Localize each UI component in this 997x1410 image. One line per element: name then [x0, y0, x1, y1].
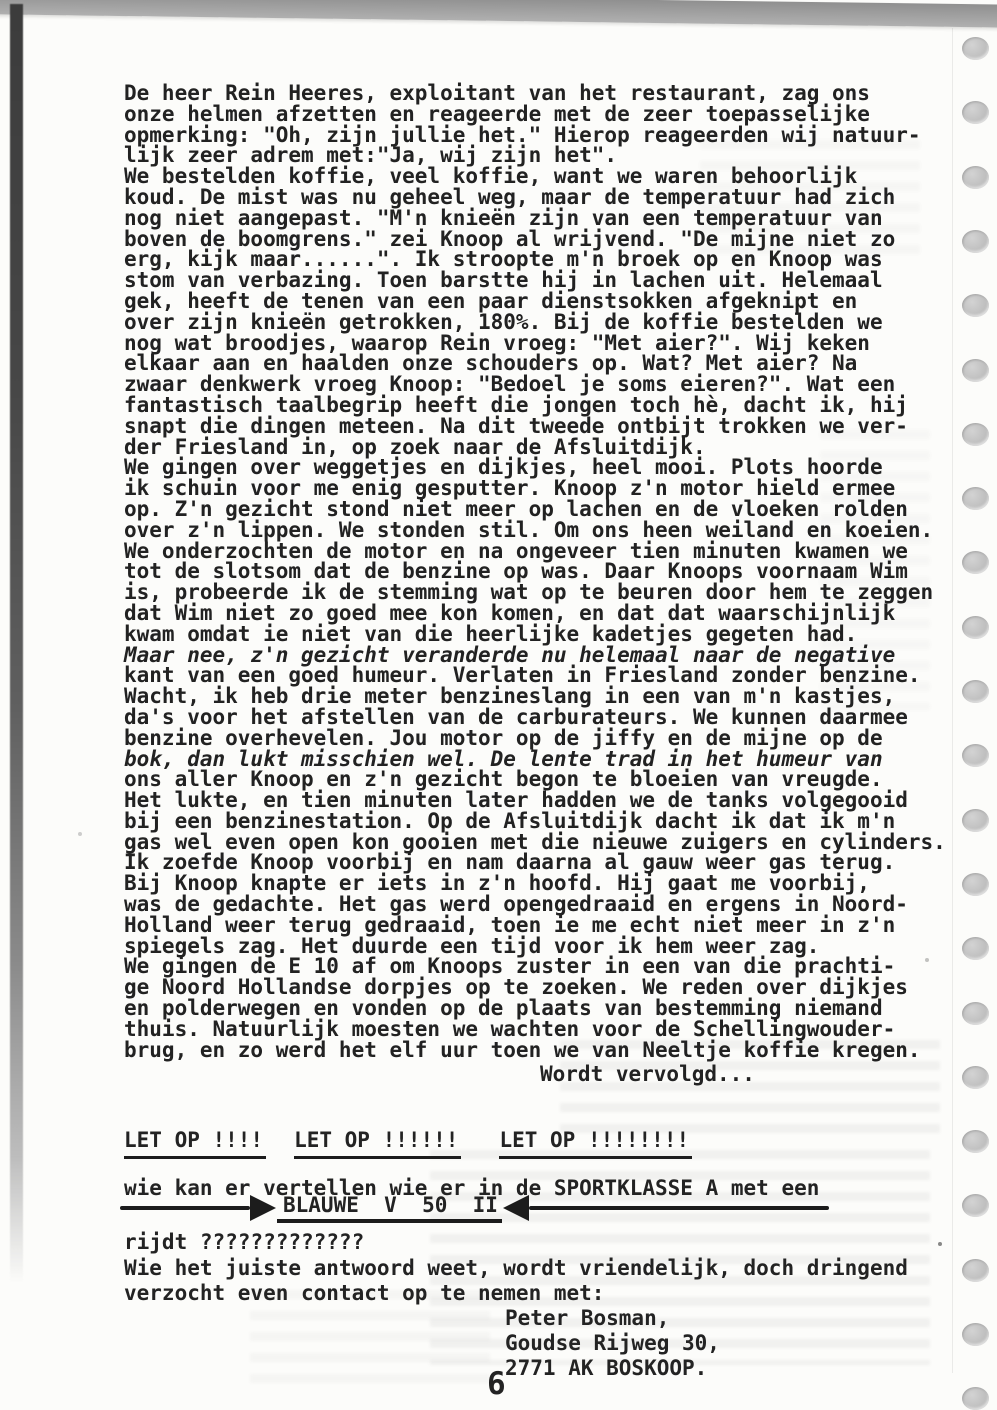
- story-line: brug, en zo werd het elf uur toen we van…: [124, 1040, 946, 1061]
- story-line: De heer Rein Heeres, exploitant van het …: [124, 83, 946, 104]
- story-line: kwam omdat ie niet van die heerlijke kad…: [124, 624, 946, 645]
- story-line: gas wel even open kon gooien met die nie…: [124, 832, 946, 853]
- story-line: benzine overhevelen. Jou motor op de jif…: [124, 728, 946, 749]
- punch-hole: [962, 616, 989, 639]
- story-line: kant van een goed humeur. Verlaten in Fr…: [124, 665, 946, 686]
- story-line: stom van verbazing. Toen barstte hij in …: [124, 270, 946, 291]
- story-line: Bij Knoop knapte er iets in z'n hoofd. H…: [124, 873, 946, 894]
- punch-hole: [962, 873, 989, 896]
- story-line: nog niet aangepast. "M'n knieën zijn van…: [124, 208, 946, 229]
- story-line: bok, dan lukt misschien wel. De lente tr…: [124, 749, 946, 770]
- story-line: erg, kijk maar......". Ik stroopte m'n b…: [124, 249, 946, 270]
- contact-address-block: Peter Bosman,Goudse Rijweg 30,2771 AK BO…: [505, 1306, 720, 1381]
- punch-hole: [962, 294, 989, 317]
- story-line: over z'n lippen. We stonden stil. Om ons…: [124, 520, 946, 541]
- arrow-shaft-right: [529, 1206, 829, 1210]
- let-op-heading: LET OP !!!!!!!!: [499, 1128, 692, 1159]
- punch-hole: [962, 680, 989, 703]
- story-line: lijk zeer adrem met:"Ja, wij zijn het".: [124, 145, 946, 166]
- story-line: tot de slotsom dat de benzine op was. Da…: [124, 561, 946, 582]
- story-line: Ik zoefde Knoop voorbij en nam daarna al…: [124, 852, 946, 873]
- scan-speck: [938, 1242, 942, 1246]
- story-line: elkaar aan en haalden onze schouders op.…: [124, 353, 946, 374]
- punch-hole: [962, 423, 989, 446]
- story-line: We bestelden koffie, veel koffie, want w…: [124, 166, 946, 187]
- story-line: ons aller Knoop en z'n gezicht begon te …: [124, 769, 946, 790]
- story-line: We gingen de E 10 af om Knoops zuster in…: [124, 956, 946, 977]
- blauwe-v50-highlight: BLAUWE V 50 II: [277, 1193, 502, 1223]
- story-line: Holland weer terug gedraaid, toen ie me …: [124, 915, 946, 936]
- contact-line: 2771 AK BOSKOOP.: [505, 1356, 720, 1381]
- story-line: ik schuin voor me enig gesputter. Knoop …: [124, 478, 946, 499]
- story-line: nog wat broodjes, waarop Rein vroeg: "Me…: [124, 333, 946, 354]
- punch-hole: [962, 1194, 989, 1217]
- punch-hole: [962, 166, 989, 189]
- punch-hole: [962, 551, 989, 574]
- story-line: Maar nee, z'n gezicht veranderde nu hele…: [124, 645, 946, 666]
- story-line: over zijn knieën getrokken, 180%. Bij de…: [124, 312, 946, 333]
- story-line: bij een benzinestation. Op de Afsluitdij…: [124, 811, 946, 832]
- contact-line: Goudse Rijweg 30,: [505, 1331, 720, 1356]
- story-line: boven de boomgrens." zei Knoop al wrijve…: [124, 229, 946, 250]
- story-line: fantastisch taalbegrip heeft die jongen …: [124, 395, 946, 416]
- page-number: 6: [487, 1366, 506, 1402]
- arrowhead-right-icon: [250, 1195, 276, 1221]
- binder-edge-line: [952, 28, 953, 1373]
- punch-hole: [962, 1259, 989, 1282]
- story-line: opmerking: "Oh, zijn jullie het." Hierop…: [124, 125, 946, 146]
- story-line: is, probeerde ik de stemming wat op te b…: [124, 582, 946, 603]
- punch-hole: [962, 1066, 989, 1089]
- story-line: op. Z'n gezicht stond niet meer op lache…: [124, 499, 946, 520]
- contact-line: Peter Bosman,: [505, 1306, 720, 1331]
- story-line: Het lukte, en tien minuten later hadden …: [124, 790, 946, 811]
- story-line: der Friesland in, op zoek naar de Afslui…: [124, 437, 946, 458]
- punch-hole: [962, 101, 989, 124]
- scan-top-edge: [0, 0, 997, 28]
- story-line: dat Wim niet zo goed mee kon komen, en d…: [124, 603, 946, 624]
- story-line: koud. De mist was nu geheel weg, maar de…: [124, 187, 946, 208]
- story-line: Wacht, ik heb drie meter benzineslang in…: [124, 686, 946, 707]
- answer-line-1: Wie het juiste antwoord weet, wordt vrie…: [124, 1256, 908, 1280]
- punch-hole: [962, 744, 989, 767]
- answer-line-2: verzocht even contact op te nemen met:: [124, 1281, 604, 1305]
- let-op-heading: LET OP !!!!: [124, 1128, 266, 1159]
- punch-hole: [962, 359, 989, 382]
- story-line: spiegels zag. Het duurde een tijd voor i…: [124, 936, 946, 957]
- scan-left-edge: [10, 4, 23, 1284]
- punch-hole: [962, 1002, 989, 1025]
- story-line: da's voor het afstellen van de carburate…: [124, 707, 946, 728]
- story-text-block: De heer Rein Heeres, exploitant van het …: [124, 83, 946, 1060]
- punch-hole: [962, 1130, 989, 1153]
- punch-hole: [962, 37, 989, 60]
- story-line: We gingen over weggetjes en dijkjes, hee…: [124, 457, 946, 478]
- story-line: en polderwegen en vonden op de plaats va…: [124, 998, 946, 1019]
- rijdt-line: rijdt ?????????????: [124, 1230, 364, 1254]
- story-line: gek, heeft de tenen van een paar diensts…: [124, 291, 946, 312]
- story-line: thuis. Natuurlijk moesten we wachten voo…: [124, 1019, 946, 1040]
- story-line: We onderzochten de motor en na ongeveer …: [124, 541, 946, 562]
- punch-hole: [962, 230, 989, 253]
- story-line: was de gedachte. Het gas werd opengedraa…: [124, 894, 946, 915]
- to-be-continued-line: Wordt vervolgd...: [540, 1062, 755, 1086]
- highlight-arrow-row: BLAUWE V 50 II: [120, 1192, 829, 1224]
- story-line: snapt die dingen meteen. Na dit tweede o…: [124, 416, 946, 437]
- arrowhead-left-icon: [503, 1195, 529, 1221]
- punch-hole: [962, 809, 989, 832]
- punch-hole: [962, 487, 989, 510]
- let-op-heading: LET OP !!!!!!: [294, 1128, 461, 1159]
- scan-speck: [78, 832, 82, 836]
- punch-hole: [962, 937, 989, 960]
- story-line: zwaar denkwerk vroeg Knoop: "Bedoel je s…: [124, 374, 946, 395]
- story-line: ge Noord Hollandse dorpjes op te zoeken.…: [124, 977, 946, 998]
- punch-hole: [962, 1323, 989, 1346]
- let-op-headings: LET OP !!!!LET OP !!!!!!LET OP !!!!!!!!: [124, 1128, 692, 1159]
- punch-hole: [962, 1387, 989, 1410]
- scanned-page: De heer Rein Heeres, exploitant van het …: [0, 0, 997, 1410]
- story-line: onze helmen afzetten en reageerde met de…: [124, 104, 946, 125]
- arrow-shaft-left: [120, 1206, 250, 1210]
